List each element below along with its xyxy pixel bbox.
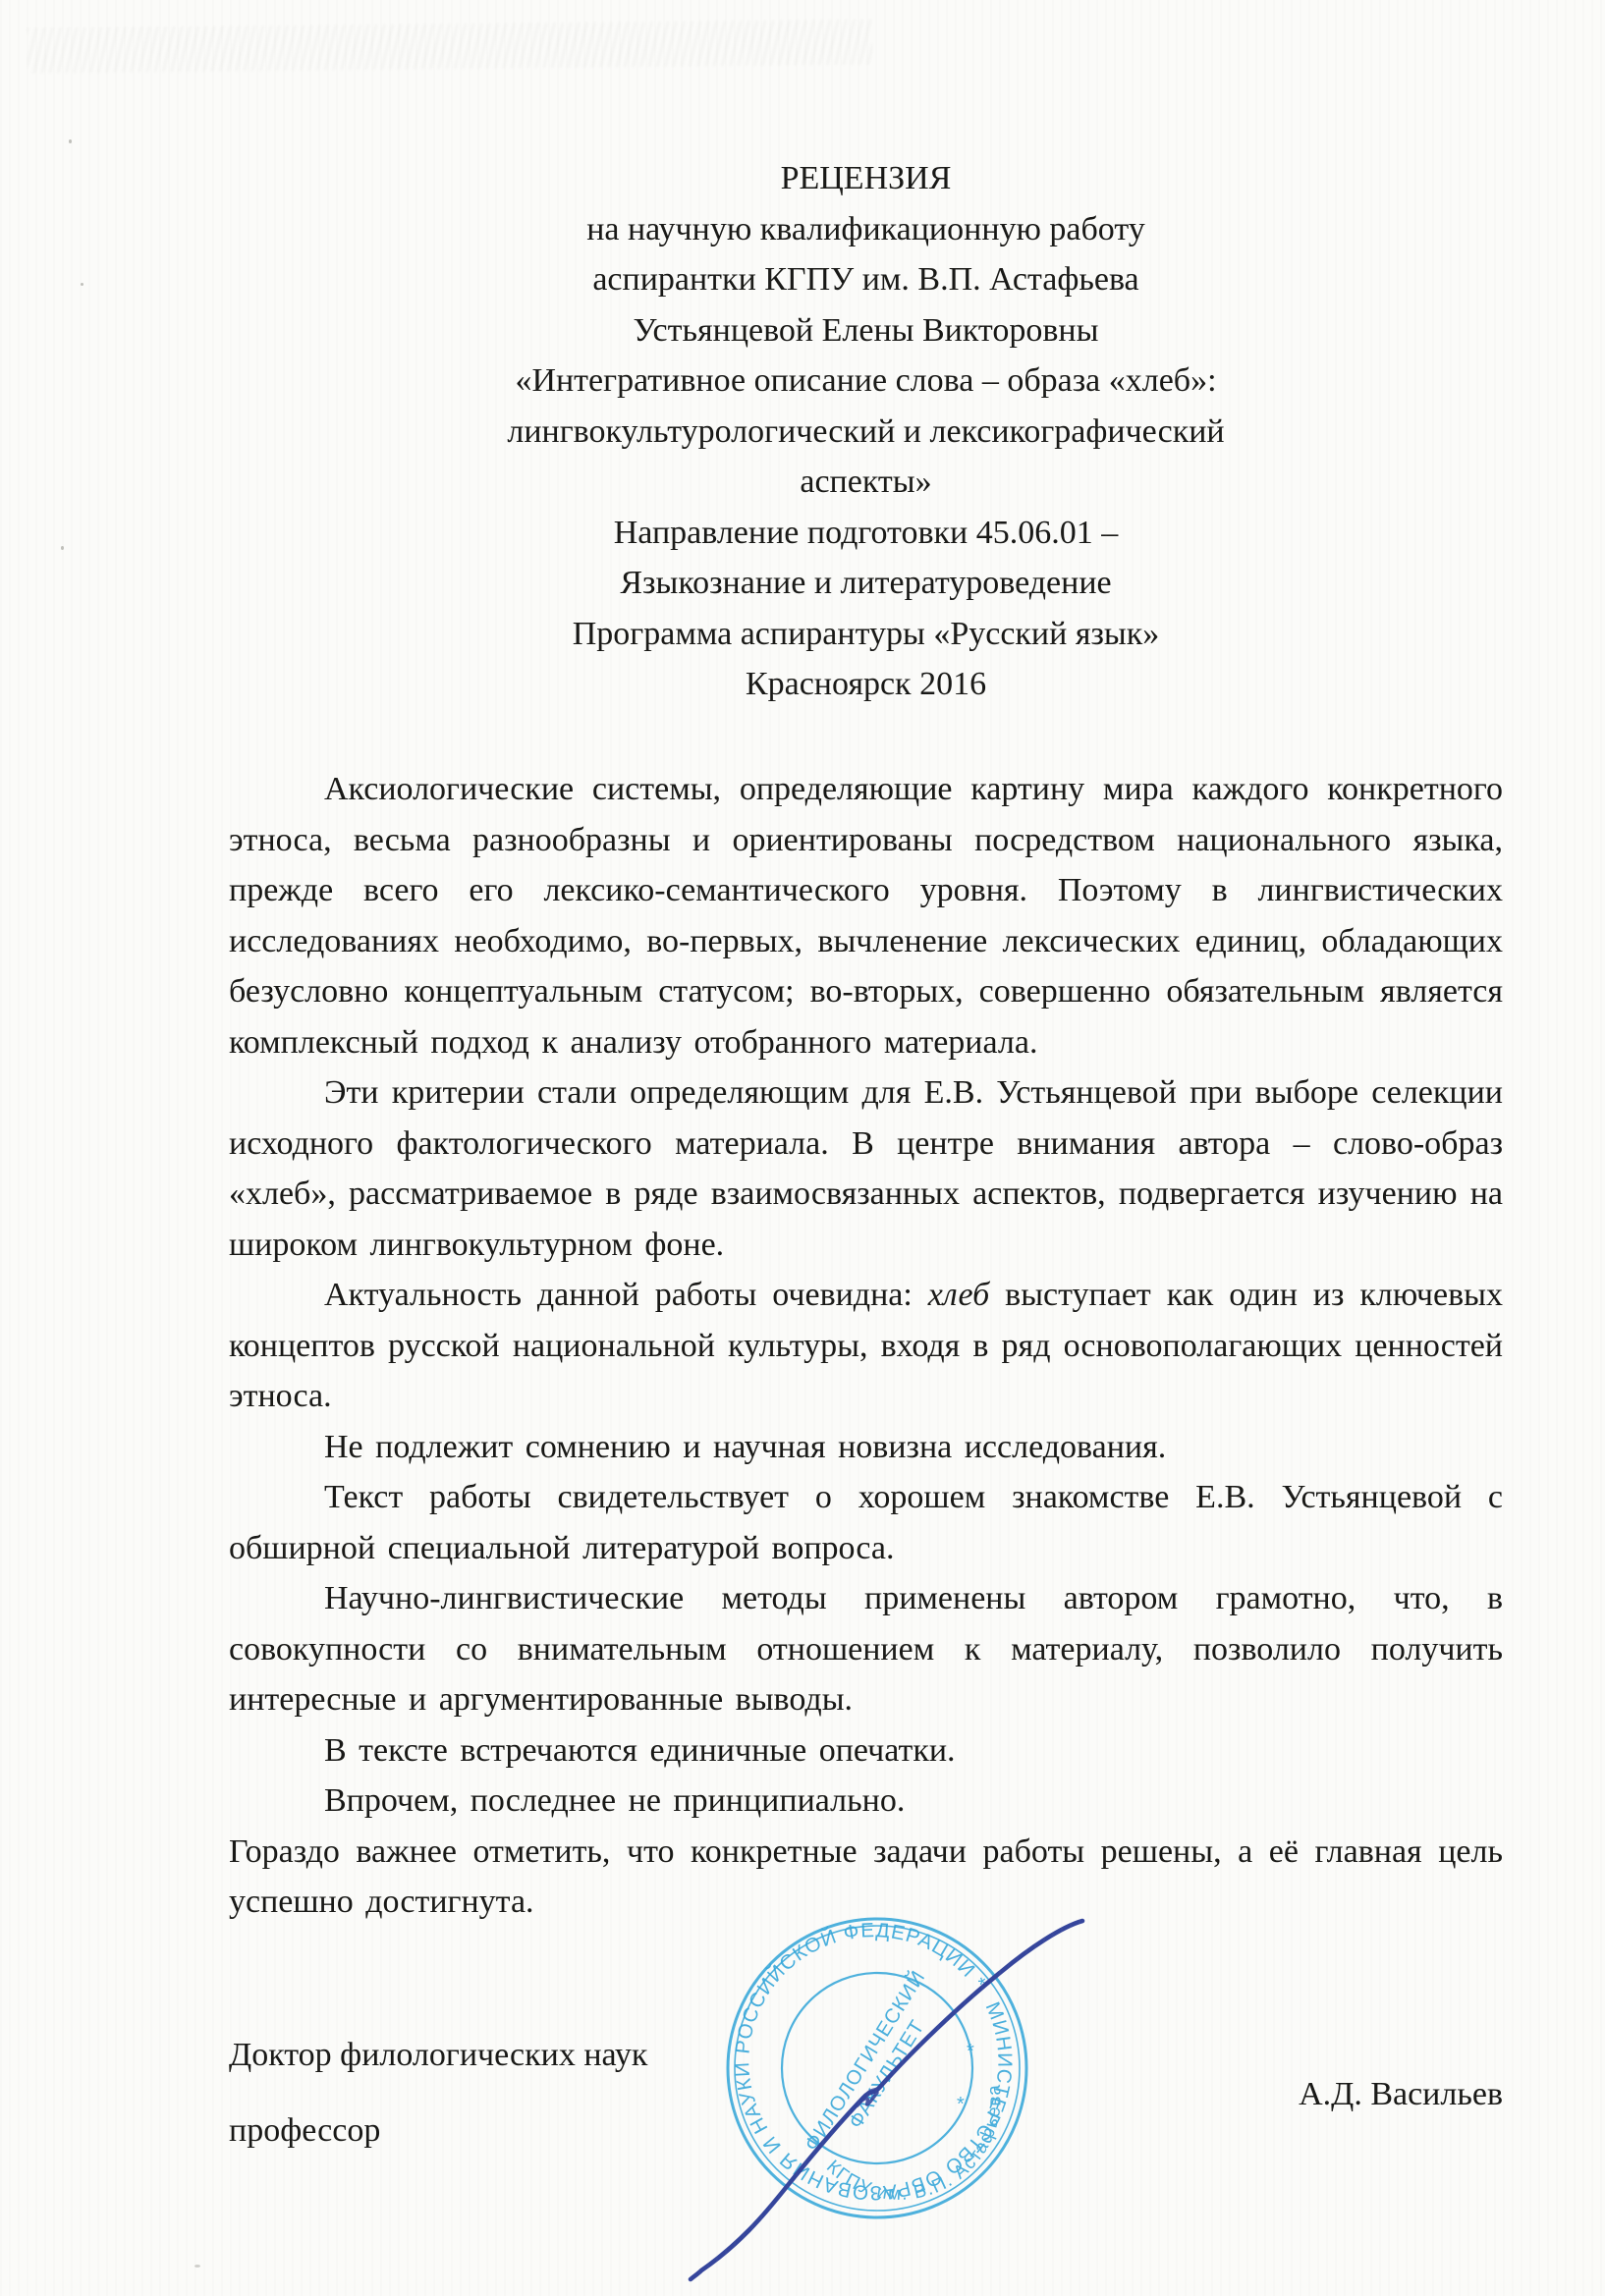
scanned-review-page: РЕЦЕНЗИЯ на научную квалификационную раб… [0,0,1605,2296]
header-line: Направление подготовки 45.06.01 – [229,508,1503,559]
header-line: Языкознание и литературоведение [229,558,1503,609]
paragraph: Актуальность данной работы очевидна: хле… [229,1270,1503,1422]
paragraph: Не подлежит сомнению и научная новизна и… [229,1422,1503,1473]
paragraph: Научно-лингвистические методы применены … [229,1573,1503,1725]
document-header: РЕЦЕНЗИЯ на научную квалификационную раб… [229,153,1503,710]
header-line: аспекты» [229,457,1503,508]
italic-term: хлеб [928,1277,990,1313]
signature-title: профессор [229,2110,380,2152]
stamp-graphic: МИНИСТЕРСТВО ОБРАЗОВАНИЯ И НАУКИ РОССИЙС… [709,1900,1045,2236]
scan-speck [69,139,72,143]
scan-noise [28,19,872,73]
paragraph: Аксиологические системы, определяющие ка… [229,764,1503,1067]
paragraph-text: Актуальность данной работы очевидна: [324,1277,928,1313]
header-line: Красноярск 2016 [229,659,1503,710]
header-line: «Интегративное описание слова – образа «… [229,355,1503,407]
header-line: лингвокультурологический и лексикографич… [229,407,1503,458]
header-line: на научную квалификационную работу [229,204,1503,255]
paragraph: Впрочем, последнее не принципиально. [229,1776,1503,1827]
stamp-star: * [967,2041,974,2062]
doc-title: РЕЦЕНЗИЯ [229,153,1503,204]
header-line: аспирантки КГПУ им. В.П. Астафьева [229,254,1503,305]
signature-name: А.Д. Васильев [1299,2074,1503,2115]
paragraph: Эти критерии стали определяющим для Е.В.… [229,1067,1503,1270]
scan-speck [61,546,64,550]
stamp-star: * [957,2094,965,2115]
scan-speck [81,283,83,286]
signature-degree: Доктор филологических наук [229,2035,647,2076]
header-line: Устьянцевой Елены Викторовны [229,305,1503,356]
paragraph: В тексте встречаются единичные опечатки. [229,1725,1503,1777]
document-body: Аксиологические системы, определяющие ка… [229,764,1503,1928]
scan-speck [194,2265,200,2268]
paragraph: Текст работы свидетельствует о хорошем з… [229,1472,1503,1573]
header-line: Программа аспирантуры «Русский язык» [229,609,1503,660]
university-stamp: МИНИСТЕРСТВО ОБРАЗОВАНИЯ И НАУКИ РОССИЙС… [709,1900,1045,2236]
